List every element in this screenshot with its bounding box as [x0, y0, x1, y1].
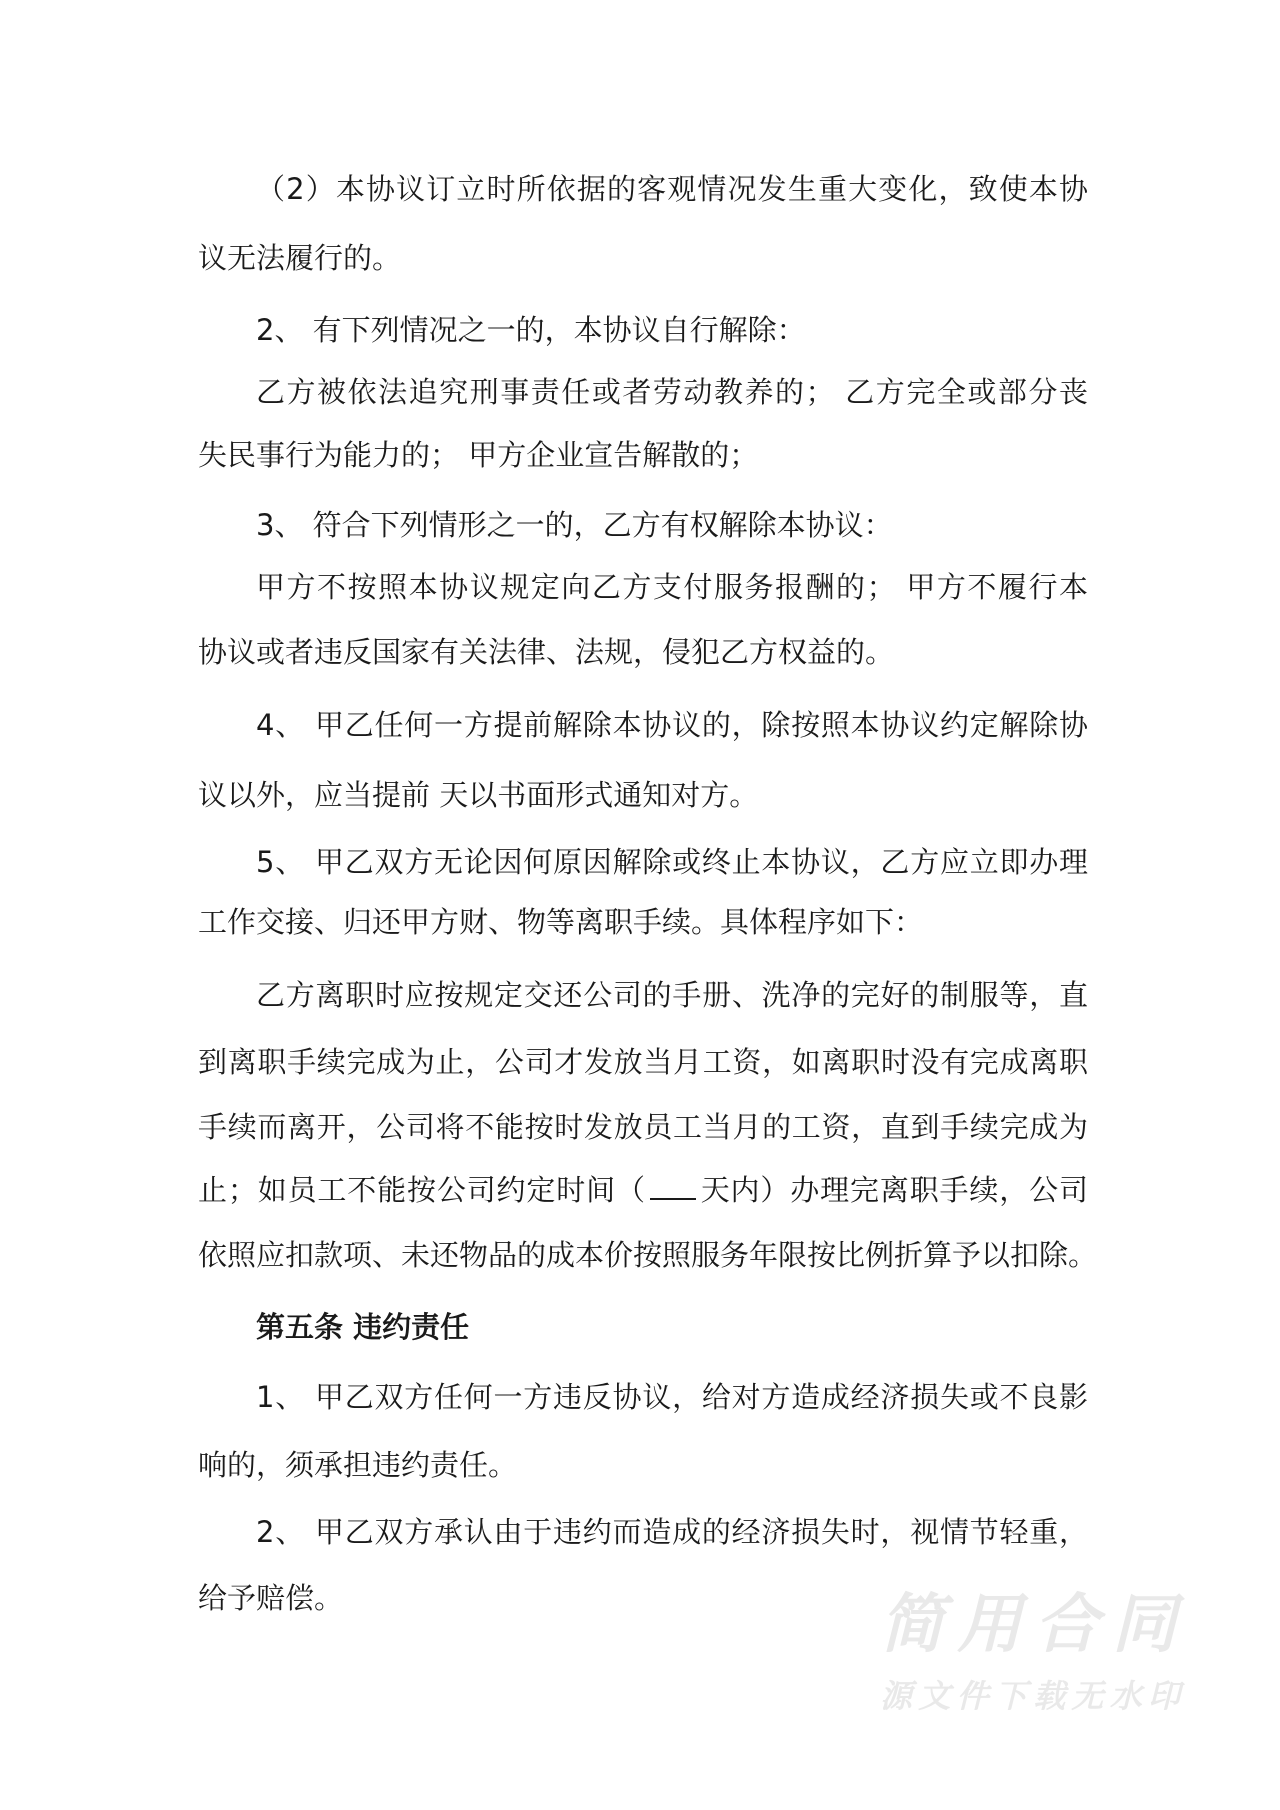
paragraph-line: 议以外，应当提前 天以书面形式通知对方。 [198, 775, 758, 815]
clause-2-line: 2、 有下列情况之一的，本协议自行解除： [256, 310, 806, 350]
section-heading: 第五条 违约责任 [256, 1307, 469, 1347]
paragraph-line: 响的，须承担违约责任。 [198, 1445, 517, 1485]
blank-before-text: 止；如员工不能按公司约定时间（ [198, 1173, 646, 1207]
paragraph-line: 到离职手续完成为止，公司才发放当月工资，如离职时没有完成离职 [198, 1042, 1088, 1082]
clause-4-line: 4、 甲乙任何一方提前解除本协议的，除按照本协议约定解除协 [256, 705, 1088, 745]
paragraph-line: 依照应扣款项、未还物品的成本价按照服务年限按比例折算予以扣除。 [198, 1235, 1088, 1275]
clause-5-line: 5、 甲乙双方无论因何原因解除或终止本协议，乙方应立即办理 [256, 842, 1088, 882]
paragraph-line: （2）本协议订立时所依据的客观情况发生重大变化，致使本协 [256, 169, 1088, 209]
watermark-subtitle: 源文件下载无水印 [880, 1678, 1180, 1714]
paragraph-line: 议无法履行的。 [198, 238, 401, 278]
clause-2-line: 2、 甲乙双方承认由于违约而造成的经济损失时，视情节轻重， [256, 1512, 1088, 1552]
paragraph-line: 乙方被依法追究刑事责任或者劳动教养的； 乙方完全或部分丧 [256, 372, 1088, 412]
document-page: （2）本协议订立时所依据的客观情况发生重大变化，致使本协 议无法履行的。 2、 … [0, 0, 1280, 1810]
watermark-title: 简用合同 [880, 1590, 1180, 1660]
fill-in-blank [650, 1174, 696, 1200]
clause-1-line: 1、 甲乙双方任何一方违反协议，给对方造成经济损失或不良影 [256, 1377, 1088, 1417]
paragraph-line: 失民事行为能力的； 甲方企业宣告解散的； [198, 435, 758, 475]
paragraph-line: 给予赔偿。 [198, 1578, 343, 1618]
blank-after-text: 天内）办理完离职手续，公司 [700, 1173, 1088, 1207]
paragraph-line: 协议或者违反国家有关法律、法规，侵犯乙方权益的。 [198, 632, 894, 672]
clause-3-line: 3、 符合下列情形之一的，乙方有权解除本协议： [256, 505, 893, 545]
paragraph-line: 甲方不按照本协议规定向乙方支付服务报酬的； 甲方不履行本 [256, 567, 1088, 607]
paragraph-line-with-blank: 止；如员工不能按公司约定时间（天内）办理完离职手续，公司 [198, 1170, 1088, 1210]
paragraph-line: 工作交接、归还甲方财、物等离职手续。具体程序如下： [198, 902, 923, 942]
paragraph-line: 乙方离职时应按规定交还公司的手册、洗净的完好的制服等，直 [256, 975, 1088, 1015]
paragraph-line: 手续而离开，公司将不能按时发放员工当月的工资，直到手续完成为 [198, 1107, 1088, 1147]
